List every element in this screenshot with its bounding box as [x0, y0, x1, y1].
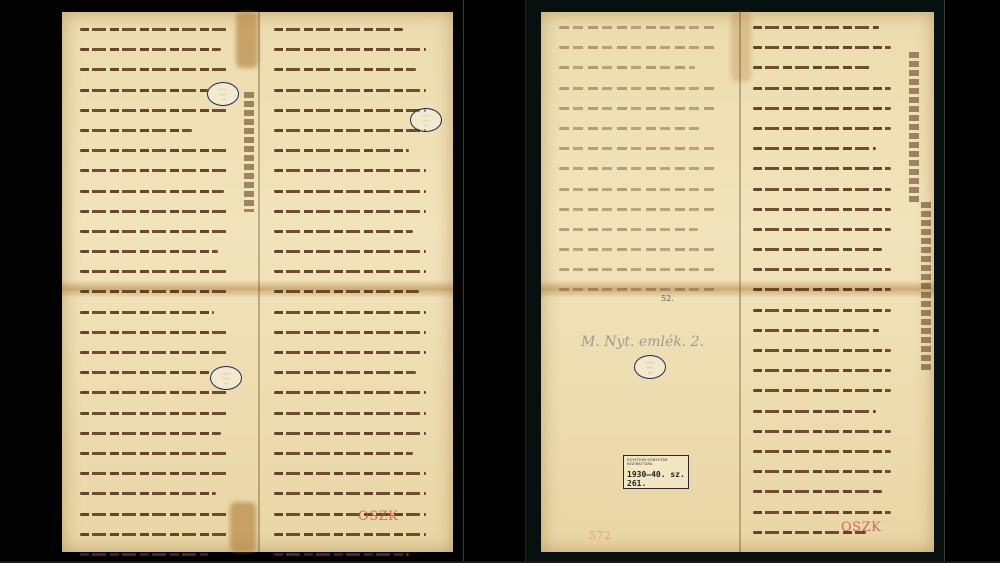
manuscript-recto: ◦◦◦◦◦◦◦◦◦ ◦◦◦◦◦◦◦◦◦ ◦◦◦◦◦◦◦◦◦ OSZK	[62, 12, 453, 552]
margin-note	[244, 92, 254, 212]
right-page-text	[753, 18, 903, 543]
center-fold	[739, 12, 741, 552]
manuscript-verso: 52. M. Nyt. emlék. 2. ◦◦◦◦◦◦◦◦◦ EGYETEMI…	[541, 12, 934, 552]
faded-left-text	[559, 18, 729, 301]
center-fold	[258, 12, 260, 552]
water-stain	[731, 12, 751, 82]
library-stamp: ◦◦◦◦◦◦◦◦◦	[634, 355, 666, 379]
faded-red-mark: 572	[589, 529, 612, 542]
pencil-annotation: M. Nyt. emlék. 2.	[581, 334, 704, 350]
right-scan-panel: 52. M. Nyt. emlék. 2. ◦◦◦◦◦◦◦◦◦ EGYETEMI…	[525, 0, 945, 561]
left-scan-panel: ◦◦◦◦◦◦◦◦◦ ◦◦◦◦◦◦◦◦◦ ◦◦◦◦◦◦◦◦◦ OSZK	[0, 0, 464, 561]
oszk-watermark: OSZK	[358, 509, 398, 524]
right-column-text	[274, 20, 439, 563]
collection-stamp: EGYETEMI KÖNYVTÁR KÉZIRATTÁRA 1930–40. s…	[623, 455, 689, 489]
margin-note	[909, 52, 919, 202]
library-stamp: ◦◦◦◦◦◦◦◦◦	[210, 366, 242, 390]
oszk-watermark: OSZK	[841, 520, 881, 535]
library-stamp: ◦◦◦◦◦◦◦◦◦	[410, 108, 442, 132]
library-stamp: ◦◦◦◦◦◦◦◦◦	[207, 82, 239, 106]
margin-note	[921, 202, 931, 372]
page-number: 52.	[661, 294, 674, 303]
